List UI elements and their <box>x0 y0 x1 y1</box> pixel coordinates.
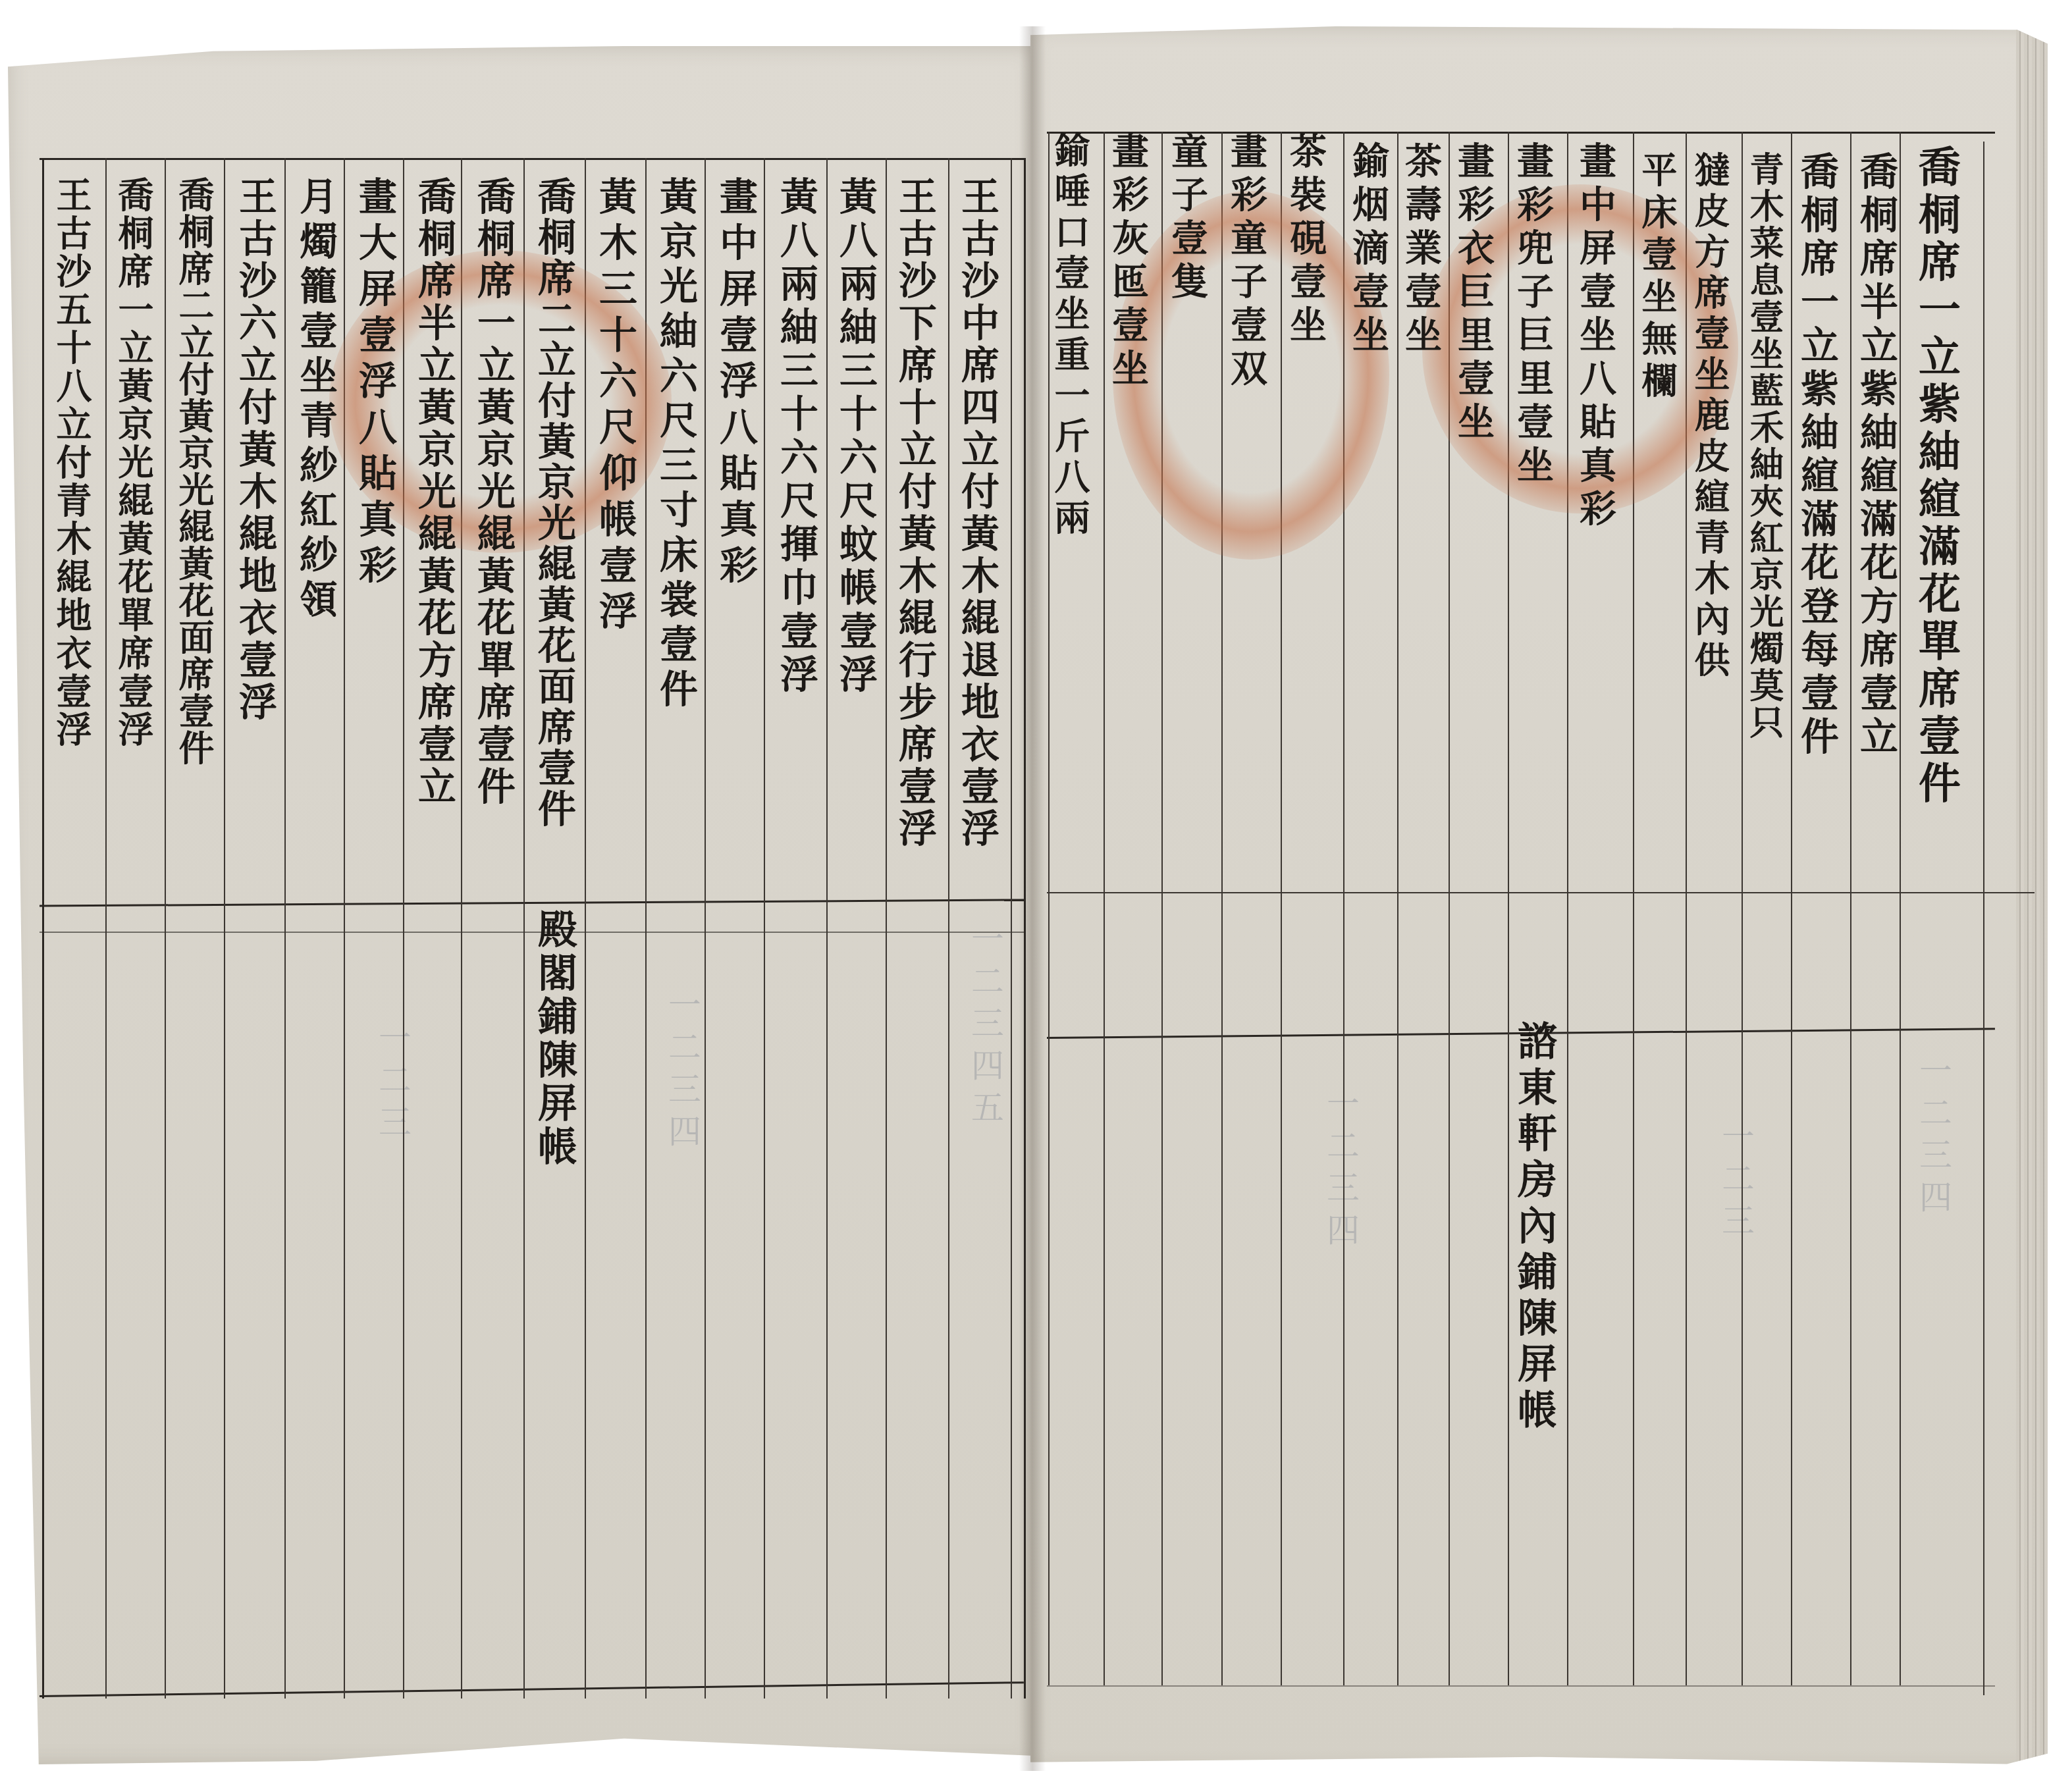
manuscript-column: 畫大屏壹浮八貼真彩 <box>356 176 394 591</box>
manuscript-column: 黃八兩紬三十六尺蚊帳壹浮 <box>836 176 874 698</box>
manuscript-column: 喬桐席一立黃京光緄黃花單席壹浮 <box>116 176 151 749</box>
manuscript-column: 畫中屏壹坐八貼真彩 <box>1577 142 1614 533</box>
manuscript-column: 王古沙中席四立付黃木緄退地衣壹浮 <box>958 176 996 851</box>
manuscript-column: 黃木三十六尺仰帳壹浮 <box>596 176 634 637</box>
section-heading: 諮東軒房內鋪陳屏帳 <box>1514 1020 1554 1435</box>
manuscript-column: 青木菜息壹坐藍禾紬夾紅京光燭莫只 <box>1746 151 1780 741</box>
manuscript-column: 喬桐席二立付黃京光緄黃花面席壹件 <box>535 176 573 830</box>
manuscript-column: 王古沙下席十立付黃木緄行步席壹浮 <box>895 176 934 851</box>
manuscript-column: 畫彩童子壹双 <box>1228 132 1265 392</box>
manuscript-column: 平床壹坐無欄 <box>1639 151 1675 404</box>
manuscript-column: 畫彩兜子巨里壹坐 <box>1514 142 1551 489</box>
manuscript-column: 喬桐席一立紫紬縇滿花登每壹件 <box>1797 151 1836 760</box>
manuscript-column: 喬桐席一立紫紬縇滿花單席壹件 <box>1915 145 1957 808</box>
manuscript-column: 畫中屏壹浮八貼真彩 <box>716 176 755 591</box>
page-edge-stack <box>2016 26 2048 1771</box>
manuscript-column: 茶裝硯壹坐 <box>1287 132 1324 349</box>
manuscript-column: 鍮唾口壹坐重一斤八兩 <box>1052 132 1088 540</box>
manuscript-column: 月燭籠壹坐青紗紅紗領 <box>296 176 334 624</box>
manuscript-column: 㺚皮方席壹坐鹿皮縇青木內供 <box>1692 151 1728 682</box>
manuscript-column: 喬桐席二立付黃京光緄黃花面席壹件 <box>176 176 212 766</box>
manuscript-column: 畫彩灰匜壹坐 <box>1109 132 1146 392</box>
manuscript-column: 喬桐席半立黃京光緄黃花方席壹立 <box>415 176 453 808</box>
manuscript-column: 王古沙五十八立付青木緄地衣壹浮 <box>54 176 90 749</box>
manuscript-column: 黃京光紬六尺三寸床裳壹件 <box>656 176 695 714</box>
manuscript-column: 童子壹隻 <box>1169 132 1206 305</box>
manuscript-column: 茶壽業壹坐 <box>1402 142 1439 359</box>
manuscript-column: 畫彩衣巨里壹坐 <box>1455 142 1492 446</box>
manuscript-column: 喬桐席一立黃京光緄黃花單席壹件 <box>474 176 512 808</box>
manuscript-column: 王古沙六立付黃木緄地衣壹浮 <box>236 176 274 724</box>
manuscript-column: 喬桐席半立紫紬縇滿花方席壹立 <box>1857 151 1895 760</box>
manuscript-column: 黃八兩紬三十六尺揮巾壹浮 <box>777 176 815 698</box>
manuscript-column: 鍮烟滴壹坐 <box>1350 142 1387 359</box>
open-manuscript-book: 一二三四五 一二三四 一二三 一二三四 一二三 一二三四 <box>0 0 2049 1792</box>
section-heading: 殿閣鋪陳屏帳 <box>535 909 574 1169</box>
